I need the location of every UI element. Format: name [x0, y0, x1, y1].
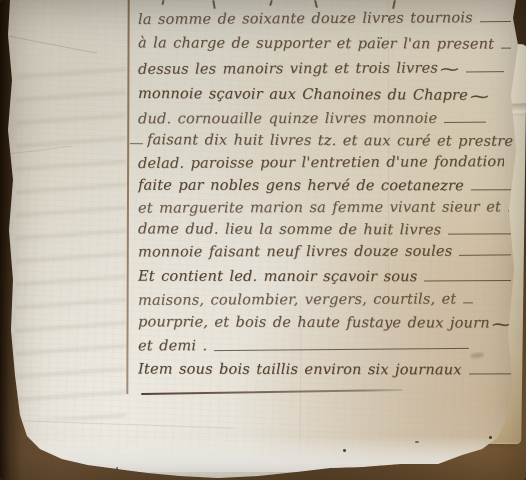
manuscript-line-text: delad. paroisse pour l'entretien d'une f… [138, 153, 504, 174]
ink-spot [343, 449, 346, 452]
manuscript-line: dessus les manoirs vingt et trois livres… [138, 57, 513, 80]
trailing-filler-stroke [214, 348, 469, 351]
manuscript-line-text: monnoie sçavoir aux Chanoines du Chapre [138, 85, 468, 106]
manuscript-line-text: et marguerite marion sa femme vivant sie… [138, 198, 501, 218]
manuscript-line-text: Item sous bois taillis environ six journ… [138, 361, 462, 381]
trailing-filler-stroke [501, 48, 511, 49]
manuscript-line: et demi . [138, 335, 513, 357]
ink-spot [415, 441, 419, 443]
manuscript-line: dud. cornouaille quinze livres monnoie [138, 108, 513, 130]
trailing-filler-stroke [463, 302, 473, 303]
manuscript-line: pourprie, et bois de haute fustaye deux … [138, 311, 513, 333]
ink-spot [489, 436, 492, 439]
manuscript-line-text: maisons, coulombier, vergers, courtils, … [138, 290, 457, 310]
manuscript-line: maisons, coulombier, vergers, courtils, … [138, 288, 513, 311]
manuscript-line-text: la somme de soixante douze livres tourno… [138, 9, 473, 30]
manuscript-line: à la charge de supporter et païer l'an p… [138, 32, 513, 54]
manuscript-line: et marguerite marion sa femme vivant sie… [138, 196, 513, 218]
pen-flourish: ⁓ [470, 88, 489, 107]
manuscript-line-text: monnoie faisant neuf livres douze soules [138, 243, 452, 263]
manuscript-line: dame dud. lieu la somme de huit livres [138, 218, 513, 240]
manuscript-line: monnoie faisant neuf livres douze soules [138, 241, 513, 263]
manuscript-page: la somme de soixante douze livres tourno… [0, 0, 526, 480]
pen-flourish: ⁓ [440, 60, 459, 79]
manuscript-line-text: faite par nobles gens hervé de coetanezr… [138, 177, 464, 197]
manuscript-line-text: faisant dix huit livres tz. et aux curé … [147, 131, 513, 152]
manuscript-line-text: dame dud. lieu la somme de huit livres [138, 220, 441, 240]
trailing-filler-stroke [444, 122, 486, 123]
trailing-filler-stroke [469, 373, 511, 374]
manuscript-line-text: pourprie, et bois de haute fustaye deux … [138, 313, 490, 333]
manuscript-line-text: dessus les manoirs vingt et trois livres [138, 60, 438, 80]
trailing-filler-stroke [480, 21, 511, 22]
manuscript-line: la somme de soixante douze livres tourno… [138, 7, 513, 30]
trailing-filler-stroke [448, 233, 511, 234]
manuscript-line-text: et demi . [138, 337, 207, 356]
trailing-filler-stroke [459, 254, 511, 255]
trailing-filler-stroke [471, 189, 511, 190]
manuscript-line-text: à la charge de supporter et païer l'an p… [138, 34, 494, 54]
manuscript-line-text: Et contient led. manoir sçavoir sous [138, 268, 417, 287]
trailing-filler-stroke [424, 280, 511, 281]
manuscript-line: delad. paroisse pour l'entretien d'une f… [138, 151, 513, 174]
leading-filler-stroke [130, 143, 143, 144]
manuscript-line: faite par nobles gens hervé de coetanezr… [138, 175, 513, 197]
trailing-filler-stroke [466, 71, 504, 72]
manuscript-line: monnoie sçavoir aux Chanoines du Chapre⁓ [138, 83, 513, 106]
manuscript-line: Et contient led. manoir sçavoir sous [138, 266, 513, 288]
manuscript-line: Item sous bois taillis environ six journ… [138, 359, 513, 381]
manuscript-line: faisant dix huit livres tz. et aux curé … [138, 129, 513, 152]
pen-flourish: ⁓ [492, 316, 511, 335]
handwritten-text-block: la somme de soixante douze livres tourno… [0, 0, 526, 480]
manuscript-photo: la somme de soixante douze livres tourno… [0, 0, 526, 480]
manuscript-line-text: dud. cornouaille quinze livres monnoie [138, 110, 437, 130]
